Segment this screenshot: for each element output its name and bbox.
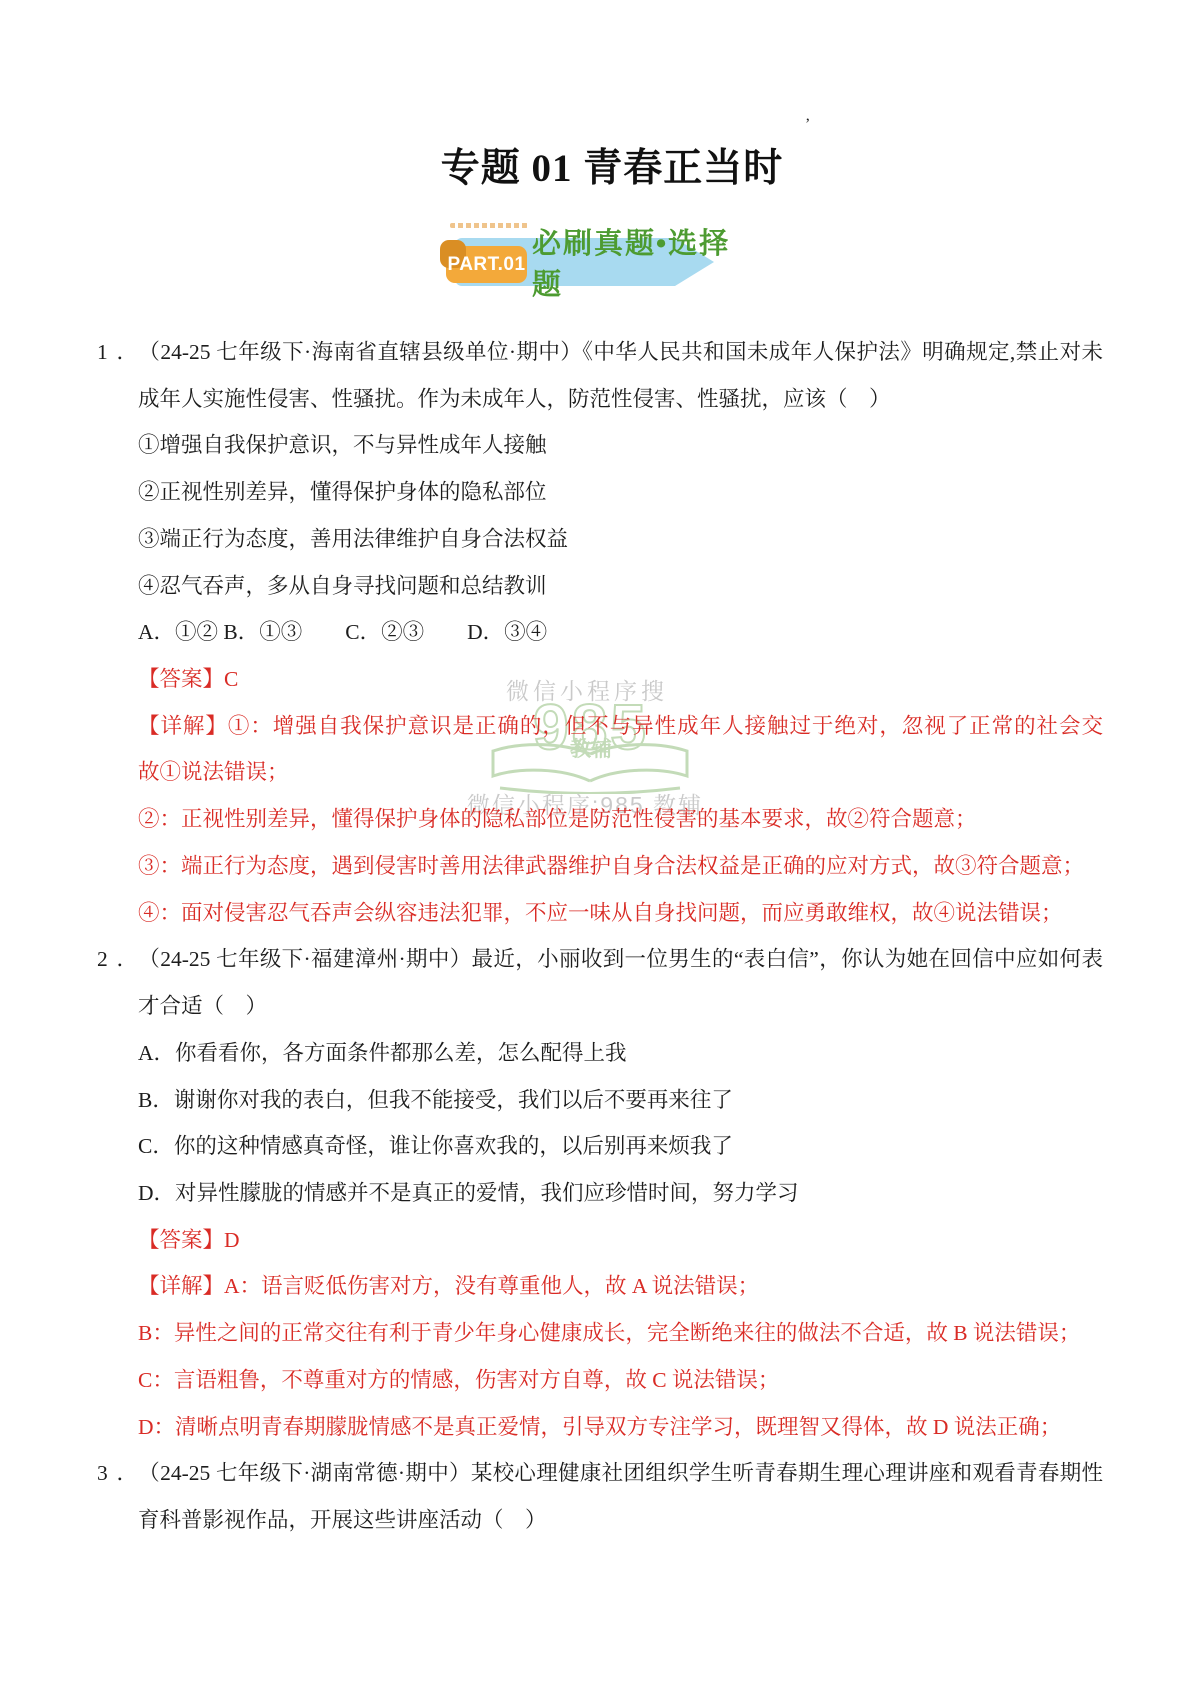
q1-analysis-line-1: 【详解】①：增强自我保护意识是正确的，但不与异性成年人接触过于绝对，忽视了正常的… (97, 703, 1103, 750)
q1-analysis-line-5: ④：面对侵害忍气吞声会纵容违法犯罪，不应一味从自身找问题，而应勇敢维权，故④说法… (97, 890, 1103, 937)
q2-analysis-a: 【详解】A：语言贬低伤害对方，没有尊重他人，故 A 说法错误； (97, 1263, 1103, 1310)
q3-stem-line-2: 育科普影视作品，开展这些讲座活动（ ） (97, 1497, 1103, 1544)
banner-dashes-decoration (450, 223, 528, 228)
q2-option-c: C．你的这种情感真奇怪，谁让你喜欢我的，以后别再来烦我了 (97, 1123, 1103, 1170)
part-number-tag: PART.01 (446, 246, 527, 283)
stray-mark: ’ (805, 116, 810, 134)
q2-analysis-d: D：清晰点明青春期朦胧情感不是真正爱情，引导双方专注学习，既理智又得体，故 D … (97, 1404, 1103, 1451)
q1-analysis-line-3: ②：正视性别差异，懂得保护身体的隐私部位是防范性侵害的基本要求，故②符合题意； (97, 796, 1103, 843)
q3-stem-line-1: 3．（24-25 七年级下·湖南常德·期中）某校心理健康社团组织学生听青春期生理… (97, 1450, 1103, 1497)
q3-stem-line-1-number: 3． (97, 1450, 138, 1497)
q1-item-4: ④忍气吞声，多从自身寻找问题和总结教训 (97, 563, 1103, 610)
q2-stem-line-1-number: 2． (97, 936, 138, 983)
q1-analysis-line-2: 故①说法错误； (97, 749, 1103, 796)
q1-options: A．①② B．①③ C．②③ D．③④ (97, 609, 1103, 656)
q1-item-1: ①增强自我保护意识，不与异性成年人接触 (97, 422, 1103, 469)
content-area: 1．（24-25 七年级下·海南省直辖县级单位·期中）《中华人民共和国未成年人保… (97, 329, 1103, 1544)
q1-stem-line-2: 成年人实施性侵害、性骚扰。作为未成年人，防范性侵害、性骚扰，应该（ ） (97, 376, 1103, 423)
banner-heading: 必刷真题•选择题 (532, 238, 742, 286)
q2-stem-line-1: 2．（24-25 七年级下·福建漳州·期中）最近，小丽收到一位男生的“表白信”，… (97, 936, 1103, 983)
part-banner: PART.01 必刷真题•选择题 (432, 221, 742, 293)
document-page: 专题 01 青春正当时 PART.01 必刷真题•选择题 微信小程序搜 985 … (0, 0, 1190, 1683)
q1-item-2: ②正视性别差异，懂得保护身体的隐私部位 (97, 469, 1103, 516)
q2-stem-line-2: 才合适（ ） (97, 983, 1103, 1030)
q1-answer: 【答案】C (97, 656, 1103, 703)
q2-option-b: B．谢谢你对我的表白，但我不能接受，我们以后不要再来往了 (97, 1077, 1103, 1124)
q1-stem-line-1: 1．（24-25 七年级下·海南省直辖县级单位·期中）《中华人民共和国未成年人保… (97, 329, 1103, 376)
q1-item-3: ③端正行为态度，善用法律维护自身合法权益 (97, 516, 1103, 563)
q2-option-d: D．对异性朦胧的情感并不是真正的爱情，我们应珍惜时间，努力学习 (97, 1170, 1103, 1217)
q1-analysis-line-4: ③：端正行为态度，遇到侵害时善用法律武器维护自身合法权益是正确的应对方式，故③符… (97, 843, 1103, 890)
q2-option-a: A．你看看你，各方面条件都那么差，怎么配得上我 (97, 1030, 1103, 1077)
q2-analysis-b: B：异性之间的正常交往有利于青少年身心健康成长，完全断绝来往的做法不合适，故 B… (97, 1310, 1103, 1357)
q2-answer: 【答案】D (97, 1217, 1103, 1264)
q2-analysis-c: C：言语粗鲁，不尊重对方的情感，伤害对方自尊，故 C 说法错误； (97, 1357, 1103, 1404)
page-title: 专题 01 青春正当时 (97, 144, 1103, 194)
q1-stem-line-1-number: 1． (97, 329, 138, 376)
